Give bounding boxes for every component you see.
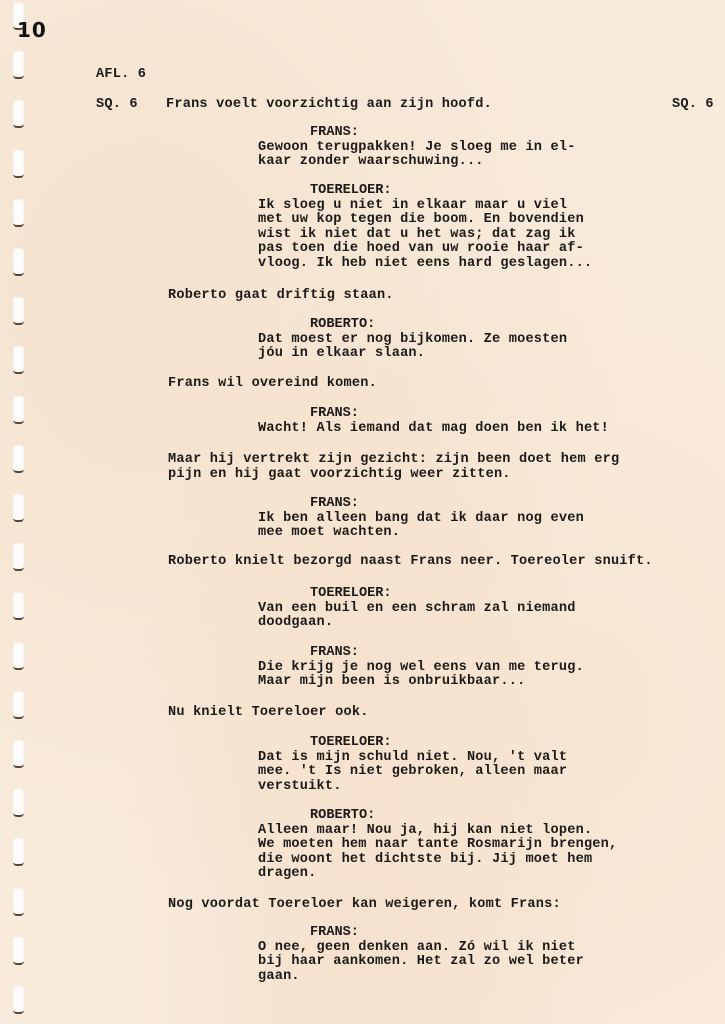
binder-hole [13,838,24,866]
binder-hole [13,986,24,1014]
binder-hole [13,740,24,768]
binder-hole [13,592,24,620]
dialogue-line: Gewoon terugpakken! Je sloeg me in el- [258,141,576,156]
sequence-label-left: SQ. 6 [96,98,138,113]
dialogue-line: jóu in elkaar slaan. [258,347,425,362]
action-line: Nog voordat Toereloer kan weigeren, komt… [168,898,561,913]
character-name: FRANS: [310,646,359,661]
character-name: FRANS: [310,497,359,512]
binder-hole [13,888,24,916]
binder-hole [13,150,24,178]
dialogue-line: Die krijg je nog wel eens van me terug. [258,661,584,676]
dialogue-line: mee moet wachten. [258,526,400,541]
character-name: TOERELOER: [310,587,392,602]
binder-hole [13,51,24,79]
binder-hole [13,445,24,473]
action-line: Frans wil overeind komen. [168,377,377,392]
dialogue-line: O nee, geen denken aan. Zó wil ik niet [258,941,576,956]
sequence-label-right: SQ. 6 [672,98,714,113]
binder-hole [13,691,24,719]
character-name: TOERELOER: [310,736,392,751]
dialogue-line: dragen. [258,867,317,882]
binder-hole [13,248,24,276]
binder-hole [13,100,24,128]
binder-hole [13,346,24,374]
dialogue-line: Ik sloeg u niet in elkaar maar u viel [258,199,567,214]
dialogue-line: die woont het dichtste bij. Jij moet hem [258,853,592,868]
character-name: FRANS: [310,926,359,941]
action-line: Nu knielt Toereloer ook. [168,706,369,721]
character-name: FRANS: [310,407,359,422]
dialogue-line: mee. 't Is niet gebroken, alleen maar [258,765,567,780]
dialogue-line: pas toen die hoed van uw rooie haar af- [258,242,584,257]
dialogue-line: gaan. [258,970,300,985]
dialogue-line: kaar zonder waarschuwing... [258,155,484,170]
dialogue-line: vloog. Ik heb niet eens hard geslagen... [258,257,592,272]
binder-hole [13,396,24,424]
character-name: FRANS: [310,126,359,141]
binder-hole [13,543,24,571]
dialogue-line: We moeten hem naar tante Rosmarijn breng… [258,838,617,853]
dialogue-line: Maar mijn been is onbruikbaar... [258,675,525,690]
dialogue-line: Dat is mijn schuld niet. Nou, 't valt [258,751,567,766]
action-line: Maar hij vertrekt zijn gezicht: zijn bee… [168,453,619,468]
action-line: pijn en hij gaat voorzichtig weer zitten… [168,468,511,483]
character-name: ROBERTO: [310,318,375,333]
dialogue-line: met uw kop tegen die boom. En bovendien [258,213,584,228]
binder-hole [13,937,24,965]
action-line: Frans voelt voorzichtig aan zijn hoofd. [166,98,492,113]
dialogue-line: Dat moest er nog bijkomen. Ze moesten [258,333,567,348]
episode-label: AFL. 6 [96,68,146,83]
dialogue-line: bij haar aankomen. Het zal zo wel beter [258,955,584,970]
dialogue-line: Van een buil en een schram zal niemand [258,602,576,617]
character-name: ROBERTO: [310,809,375,824]
dialogue-line: Alleen maar! Nou ja, hij kan niet lopen. [258,824,592,839]
binder-hole [13,199,24,227]
handwritten-page-number: 10 [17,18,47,42]
binder-hole [13,642,24,670]
binder-hole [13,297,24,325]
character-name: TOERELOER: [310,184,392,199]
binder-hole [13,494,24,522]
dialogue-line: doodgaan. [258,616,333,631]
action-line: Roberto gaat driftig staan. [168,289,394,304]
dialogue-line: Ik ben alleen bang dat ik daar nog even [258,512,584,527]
dialogue-line: Wacht! Als iemand dat mag doen ben ik he… [258,422,609,437]
dialogue-line: wist ik niet dat u het was; dat zag ik [258,228,576,243]
binder-holes [13,0,27,1024]
dialogue-line: verstuikt. [258,780,342,795]
binder-hole [13,789,24,817]
action-line: Roberto knielt bezorgd naast Frans neer.… [168,555,653,570]
